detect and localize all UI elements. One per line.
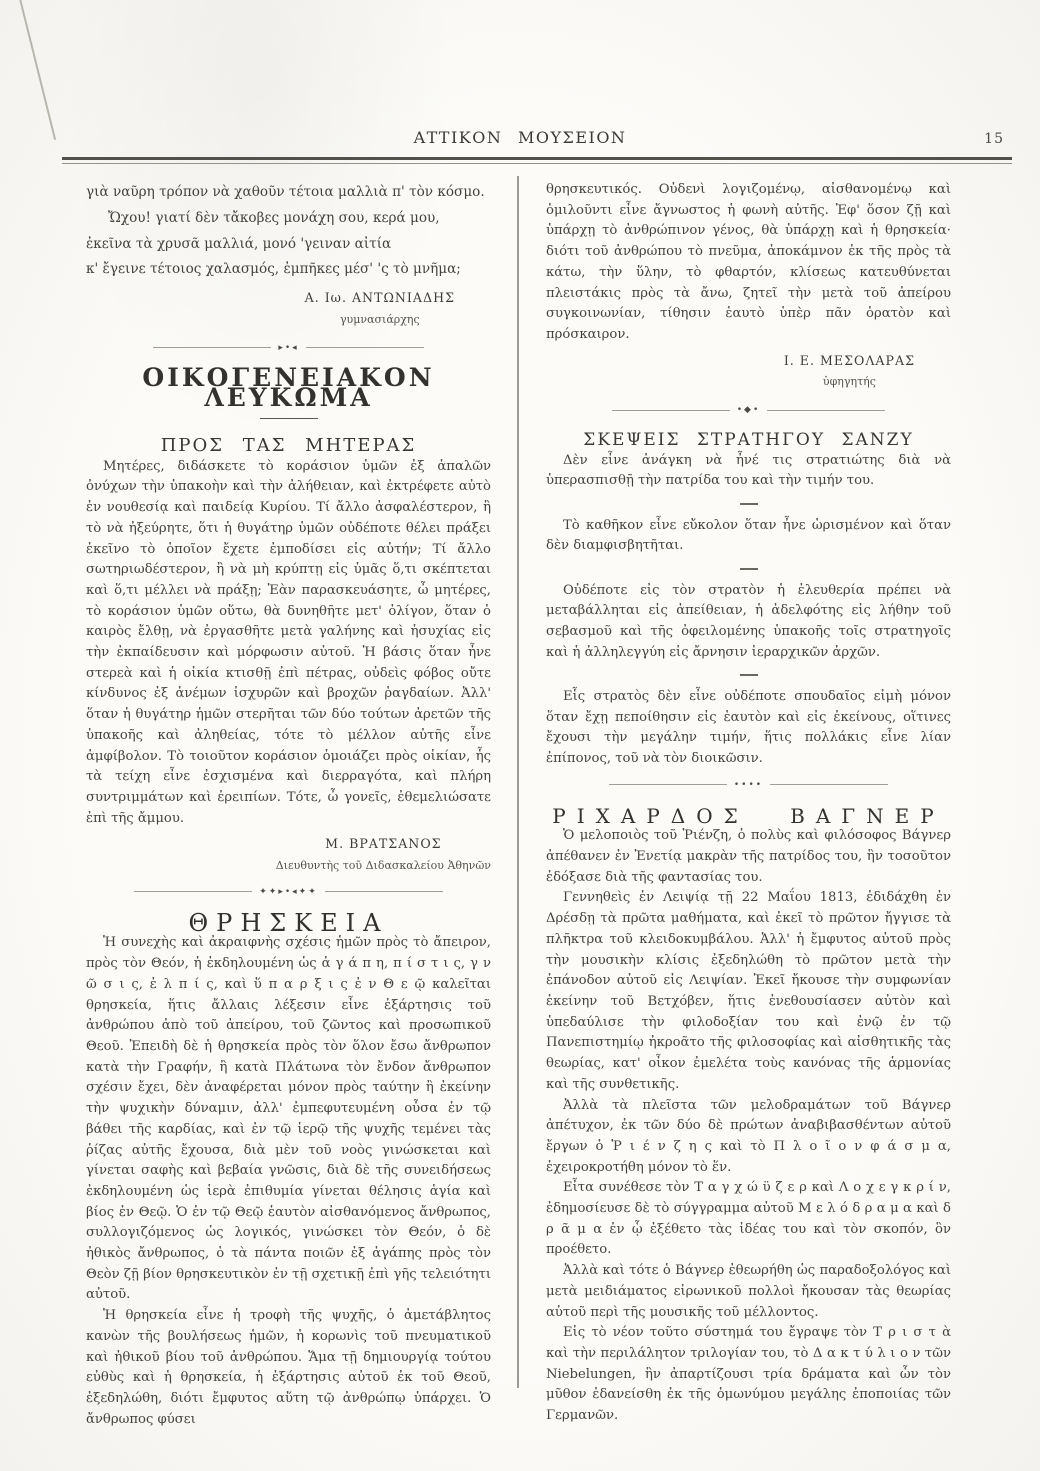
wagner-paragraph: Ὁ μελοποιὸς τοῦ Ῥιένζη, ὁ πολὺς καὶ φιλό… [546, 826, 951, 888]
section-ornament: ▸•◂ [86, 343, 491, 353]
section-ornament: ✦✦▸•◂✦✦ [86, 887, 491, 897]
sanzy-maxim: Τὸ καθῆκον εἶνε εὔκολον ὅταν ἦνε ὡρισμέν… [546, 516, 951, 557]
left-column: γιὰ ναῦρη τρόπον νὰ χαθοῦν τέτοια μαλλιὰ… [86, 180, 491, 1430]
masthead: ΑΤΤΙΚΟΝ ΜΟΥΣΕΙΟΝ 15 [0, 128, 1040, 154]
signature-mesolaras: Ι. Ε. ΜΕΣΟΛΑΡΑΣ ὑφηγητής [784, 351, 915, 393]
mothers-article-body: Μητέρες, διδάσκετε τὸ κοράσιον ὑμῶν ἐξ ἁ… [86, 457, 491, 830]
star-ornament-icon: ✦✦▸•◂✦✦ [259, 887, 318, 897]
arrow-ornament-icon: ▸•◂ [278, 343, 298, 353]
poem-line: γιὰ ναῦρη τρόπον νὰ χαθοῦν τέτοια μαλλιὰ… [86, 180, 491, 206]
journal-title: ΑΤΤΙΚΟΝ ΜΟΥΣΕΙΟΝ [0, 128, 1040, 147]
paragraph-separator [740, 568, 758, 570]
masthead-rule [62, 157, 1012, 160]
scanned-page: ΑΤΤΙΚΟΝ ΜΟΥΣΕΙΟΝ 15 γιὰ ναῦρη τρόπον νὰ … [0, 0, 1040, 1471]
religion-paragraph: Ἡ συνεχὴς καὶ ἀκραιφνὴς σχέσις ἡμῶν πρὸς… [86, 933, 491, 1306]
signature-name: Α. Ιω. ΑΝΤΩΝΙΑΔΗΣ [305, 288, 455, 309]
sanzy-article-title: ΣΚΕΨΕΙΣ ΣΤΡΑΤΗΓΟΥ ΣΑΝΖΥ [546, 430, 951, 451]
mothers-article-title: ΠΡΟΣ ΤΑΣ ΜΗΤΕΡΑΣ [86, 436, 491, 457]
wagner-paragraph: Εἶτα συνέθεσε τὸν Τ α γ χ ώ ϋ ζ ε ρ καὶ … [546, 1178, 951, 1261]
title-rule [260, 418, 318, 419]
signature-title: ὑφηγητής [784, 372, 915, 393]
wagner-paragraph: Γεννηθεὶς ἐν Λειψίᾳ τῇ 22 Μαΐου 1813, ἐδ… [546, 888, 951, 1095]
poem-excerpt: γιὰ ναῦρη τρόπον νὰ χαθοῦν τέτοια μαλλιὰ… [86, 180, 491, 283]
signature-name: Μ. ΒΡΑΤΣΑΝΟΣ [276, 834, 491, 855]
poem-line: Ὤχου! γιατί δὲν τἄκοβες μονάχη σου, κερά… [108, 206, 491, 232]
column-divider [517, 176, 519, 1388]
religion-article-title: ΘΡΗΣΚΕΙΑ [86, 913, 491, 934]
signature-name: Ι. Ε. ΜΕΣΟΛΑΡΑΣ [784, 351, 915, 372]
ornament-line [767, 410, 885, 411]
ornament-line [325, 891, 443, 892]
paragraph-separator [740, 674, 758, 676]
wagner-article-title: ΡΙΧΑΡΔΟΣ ΒΑΓΝΕΡ [546, 806, 951, 827]
ornament-line [770, 784, 888, 785]
signature-title: Διευθυντὴς τοῦ Διδασκαλείου Ἀθηνῶν [276, 856, 491, 877]
ornament-line [609, 784, 727, 785]
sanzy-maxim: Εἷς στρατὸς δὲν εἶνε οὐδέποτε σπουδαῖος … [546, 687, 951, 770]
right-column: θρησκευτικός. Οὐδενὶ λογιζομένῳ, αἰσθανο… [546, 180, 951, 1427]
ornament-line [153, 347, 271, 348]
poem-line: κ' ἔγεινε τέτοιος χαλασμός, ἐμπῆκες μέσ'… [86, 257, 491, 283]
page-number: 15 [984, 131, 1004, 147]
signature-title: γυμνασιάρχης [305, 310, 455, 331]
wagner-paragraph: Ἀλλὰ καὶ τότε ὁ Βάγνερ ἐθεωρήθη ὡς παραδ… [546, 1261, 951, 1323]
ornament-line [306, 347, 424, 348]
religion-continuation: θρησκευτικός. Οὐδενὶ λογιζομένῳ, αἰσθανο… [546, 180, 951, 346]
wagner-paragraph: Ἀλλὰ τὰ πλεῖστα τῶν μελοδραμάτων τοῦ Βάγ… [546, 1096, 951, 1179]
scan-artifact [18, 0, 56, 140]
section-ornament: •••• [546, 780, 951, 790]
sanzy-maxim: Οὐδέποτε εἰς τὸν στρατὸν ἡ ἐλευθερία πρέ… [546, 581, 951, 664]
sanzy-maxim: Δὲν εἶνε ἀνάγκη νὰ ἦνέ τις στρατιώτης δι… [546, 451, 951, 492]
religion-paragraph: Ἡ θρησκεία εἶνε ἡ τροφὴ τῆς ψυχῆς, ὁ ἀμε… [86, 1306, 491, 1430]
wagner-paragraph: Εἰς τὸ νέον τοῦτο σύστημά του ἔγραψε τὸν… [546, 1323, 951, 1427]
diamond-ornament-icon: •◆• [737, 405, 761, 415]
album-section-title: ΟΙΚΟΓΕΝΕΙΑΚΟΝ ΛΕΥΚΩΜΑ [86, 368, 491, 409]
section-ornament: •◆• [546, 405, 951, 415]
paragraph-separator [740, 503, 758, 505]
signature-vratsanos: Μ. ΒΡΑΤΣΑΝΟΣ Διευθυντὴς τοῦ Διδασκαλείου… [276, 834, 491, 876]
poem-line: ἐκεῖνα τὰ χρυσᾶ μαλλιά, μονό 'γειναν αἰτ… [86, 232, 491, 258]
signature-antoniadis: Α. Ιω. ΑΝΤΩΝΙΑΔΗΣ γυμνασιάρχης [305, 288, 455, 330]
ornament-line [612, 410, 730, 411]
masthead-rule-thin [62, 163, 1012, 164]
dots-ornament-icon: •••• [734, 780, 763, 790]
ornament-line [134, 891, 252, 892]
